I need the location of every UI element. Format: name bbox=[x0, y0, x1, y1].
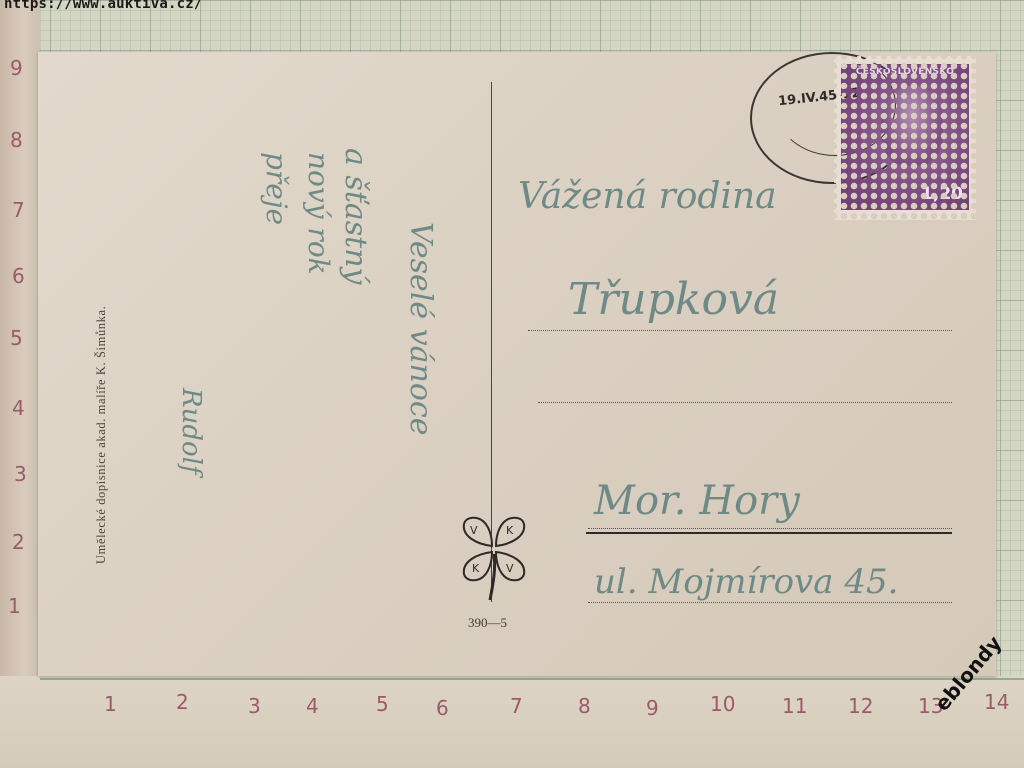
ruler-number: 5 bbox=[376, 692, 389, 716]
publisher-text: Umělecké dopisnice akad. malíře K. Šimůn… bbox=[94, 306, 109, 564]
address-dotted-line-3 bbox=[588, 528, 952, 529]
ruler-edge-line bbox=[40, 678, 1024, 680]
ruler-number: 3 bbox=[14, 462, 27, 486]
ruler-number: 8 bbox=[578, 694, 591, 718]
ruler-number: 6 bbox=[12, 264, 25, 288]
ruler-number: 3 bbox=[248, 694, 261, 718]
message-line-4: přeje bbox=[260, 152, 293, 225]
ruler-number: 7 bbox=[510, 694, 523, 718]
stamp-country: ČESKOSLOVENSKO bbox=[841, 67, 969, 77]
svg-text:V: V bbox=[506, 562, 514, 575]
address-dotted-line-4 bbox=[588, 602, 952, 603]
ruler-number: 2 bbox=[12, 530, 25, 554]
ruler-number: 12 bbox=[848, 694, 873, 718]
card-number: 390—5 bbox=[468, 615, 507, 631]
clover-logo-icon: V K K V bbox=[456, 514, 532, 608]
address-line-4: ul. Mojmírova 45. bbox=[594, 562, 898, 602]
ruler-number: 4 bbox=[306, 694, 319, 718]
message-line-2: a šťastný bbox=[338, 148, 373, 284]
ruler-number: 4 bbox=[12, 396, 25, 420]
address-line-1: Vážená rodina bbox=[518, 176, 777, 217]
address-dotted-line-1 bbox=[528, 330, 952, 331]
ruler-number: 7 bbox=[12, 198, 25, 222]
portrait-icon bbox=[881, 86, 943, 166]
svg-text:K: K bbox=[472, 562, 480, 575]
svg-text:V: V bbox=[470, 524, 478, 537]
bottom-ruler-strip bbox=[0, 676, 1024, 768]
left-ruler-strip bbox=[0, 0, 40, 768]
ruler-number: 10 bbox=[710, 692, 735, 716]
message-line-1: Veselé vánoce bbox=[403, 222, 438, 435]
ruler-number: 2 bbox=[176, 690, 189, 714]
ruler-number: 9 bbox=[646, 696, 659, 720]
ruler-number: 9 bbox=[10, 56, 23, 80]
svg-text:K: K bbox=[506, 524, 514, 537]
address-line-2: Třupková bbox=[568, 274, 779, 325]
ruler-number: 14 bbox=[984, 690, 1009, 714]
address-underline bbox=[586, 532, 952, 534]
stamp-image: ČESKOSLOVENSKO 1,20 bbox=[841, 64, 969, 210]
postcard: Umělecké dopisnice akad. malíře K. Šimůn… bbox=[38, 52, 996, 676]
ruler-number: 1 bbox=[104, 692, 117, 716]
ruler-number: 11 bbox=[782, 694, 807, 718]
message-line-3: nový rok bbox=[302, 152, 335, 275]
postage-stamp: ČESKOSLOVENSKO 1,20 bbox=[834, 56, 976, 220]
ruler-number: 8 bbox=[10, 128, 23, 152]
url-overlay: https://www.auktiva.cz/ bbox=[4, 0, 202, 12]
ruler-number: 1 bbox=[8, 594, 21, 618]
stamp-value: 1,20 bbox=[921, 184, 963, 204]
ruler-number: 6 bbox=[436, 696, 449, 720]
address-dotted-line-2 bbox=[538, 402, 952, 403]
address-line-3: Mor. Hory bbox=[594, 478, 800, 524]
signature: Rudolf bbox=[176, 388, 206, 475]
ruler-number: 5 bbox=[10, 326, 23, 350]
